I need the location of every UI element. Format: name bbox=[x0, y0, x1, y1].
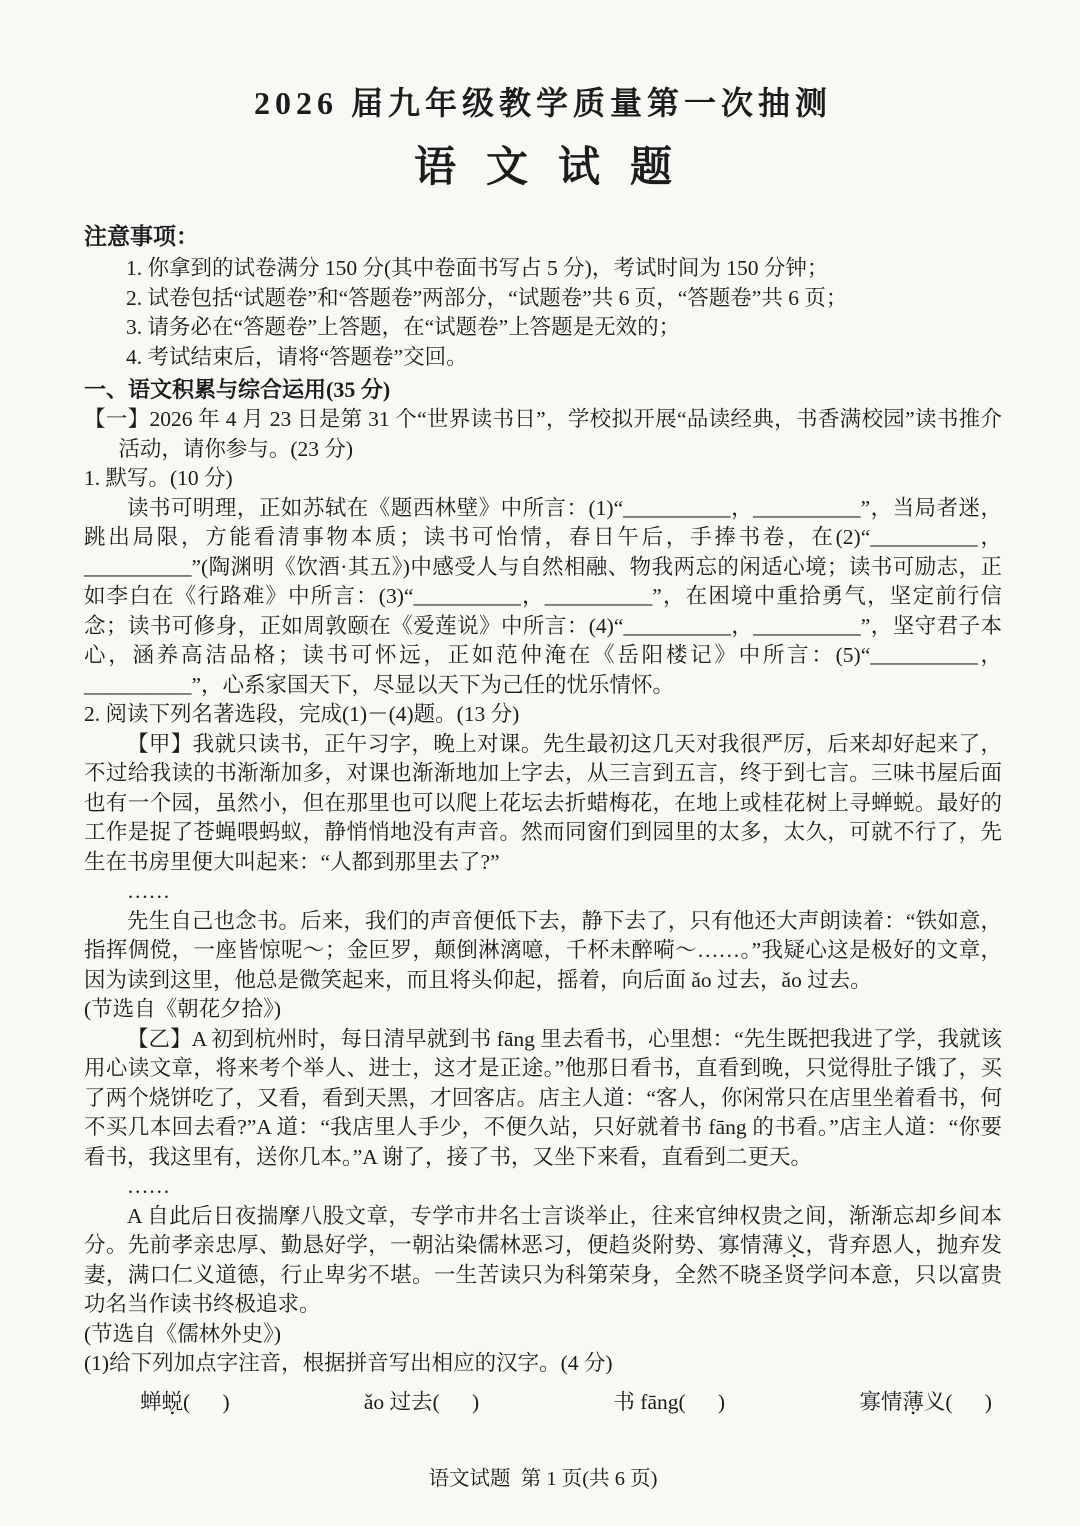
emphasized-char-bo: 薄 bbox=[762, 1233, 784, 1257]
pinyin-item-chantui-pre: 蝉 bbox=[140, 1390, 162, 1414]
passage-yi-para2: A 自此后日夜揣摩八股文章，专学市井名士言谈举止，往来官绅权贵之间，渐渐忘却乡间… bbox=[84, 1202, 1002, 1320]
emphasized-char-bo2: 薄 bbox=[902, 1390, 924, 1414]
notice-item-1: 1. 你拿到的试卷满分 150 分(其中卷面书写占 5 分)，考试时间为 150… bbox=[84, 254, 1002, 284]
exam-title-line2: 语文试题 bbox=[84, 134, 1002, 194]
question2-sub1-label: (1)给下列加点字注音，根据拼音写出相应的汉字。(4 分) bbox=[84, 1349, 1002, 1379]
question1-text: 读书可明理，正如苏轼在《题西林壁》中所言：(1)“__________，____… bbox=[84, 494, 1002, 701]
pinyin-item-chantui: 蝉蜕( ) bbox=[140, 1387, 230, 1417]
pinyin-item-chantui-blank: ( ) bbox=[183, 1390, 230, 1414]
section1-intro: 【一】2026 年 4 月 23 日是第 31 个“世界读书日”，学校拟开展“品… bbox=[84, 405, 1002, 464]
notice-item-2: 2. 试卷包括“试题卷”和“答题卷”两部分，“试题卷”共 6 页，“答题卷”共 … bbox=[84, 284, 1002, 314]
exam-paper-page: 2026 届九年级教学质量第一次抽测 语文试题 注意事项： 1. 你拿到的试卷满… bbox=[0, 0, 1080, 1526]
section1-heading: 一、语文积累与综合运用(35 分) bbox=[84, 374, 1002, 405]
notice-item-3: 3. 请务必在“答题卷”上答题，在“试题卷”上答题是无效的； bbox=[84, 313, 1002, 343]
passage-yi-source: (节选自《儒林外史》) bbox=[84, 1320, 1002, 1350]
notice-list: 1. 你拿到的试卷满分 150 分(其中卷面书写占 5 分)，考试时间为 150… bbox=[84, 254, 1002, 372]
pinyin-item-guaqingboyi: 寡情薄义( ) bbox=[859, 1387, 992, 1417]
page-footer: 语文试题 第 1 页(共 6 页) bbox=[84, 1461, 1002, 1491]
pinyin-item-shufang: 书 fāng( ) bbox=[613, 1387, 725, 1417]
pinyin-item-ao: ǎo 过去( ) bbox=[364, 1387, 479, 1417]
passage-jia-para2: 先生自己也念书。后来，我们的声音便低下去，静下去了，只有他还大声朗读着：“铁如意… bbox=[84, 907, 1002, 996]
emphasized-char-tui: 蜕 bbox=[162, 1390, 184, 1414]
passage-jia-ellipsis: …… bbox=[84, 877, 1002, 907]
passage-jia-para1: 【甲】我就只读书，正午习字，晚上对课。先生最初这几天对我很严厉，后来却好起来了，… bbox=[84, 730, 1002, 878]
pinyin-item-guaqingboyi-blank: 义( ) bbox=[924, 1390, 992, 1414]
passage-yi-ellipsis: …… bbox=[84, 1172, 1002, 1202]
passage-yi-para1: 【乙】A 初到杭州时，每日清早就到书 fāng 里去看书，心里想：“先生既把我进… bbox=[84, 1025, 1002, 1173]
question1-label: 1. 默写。(10 分) bbox=[84, 464, 1002, 494]
passage-jia-source: (节选自《朝花夕拾》) bbox=[84, 995, 1002, 1025]
exam-title-line1: 2026 届九年级教学质量第一次抽测 bbox=[84, 78, 1002, 124]
pinyin-items-row: 蝉蜕( ) ǎo 过去( ) 书 fāng( ) 寡情薄义( ) bbox=[140, 1387, 992, 1417]
pinyin-item-guaqingboyi-pre: 寡情 bbox=[859, 1390, 902, 1414]
question2-label: 2. 阅读下列名著选段，完成(1)－(4)题。(13 分) bbox=[84, 700, 1002, 730]
notice-item-4: 4. 考试结束后，请将“答题卷”交回。 bbox=[84, 343, 1002, 373]
notice-heading: 注意事项： bbox=[84, 220, 1002, 254]
